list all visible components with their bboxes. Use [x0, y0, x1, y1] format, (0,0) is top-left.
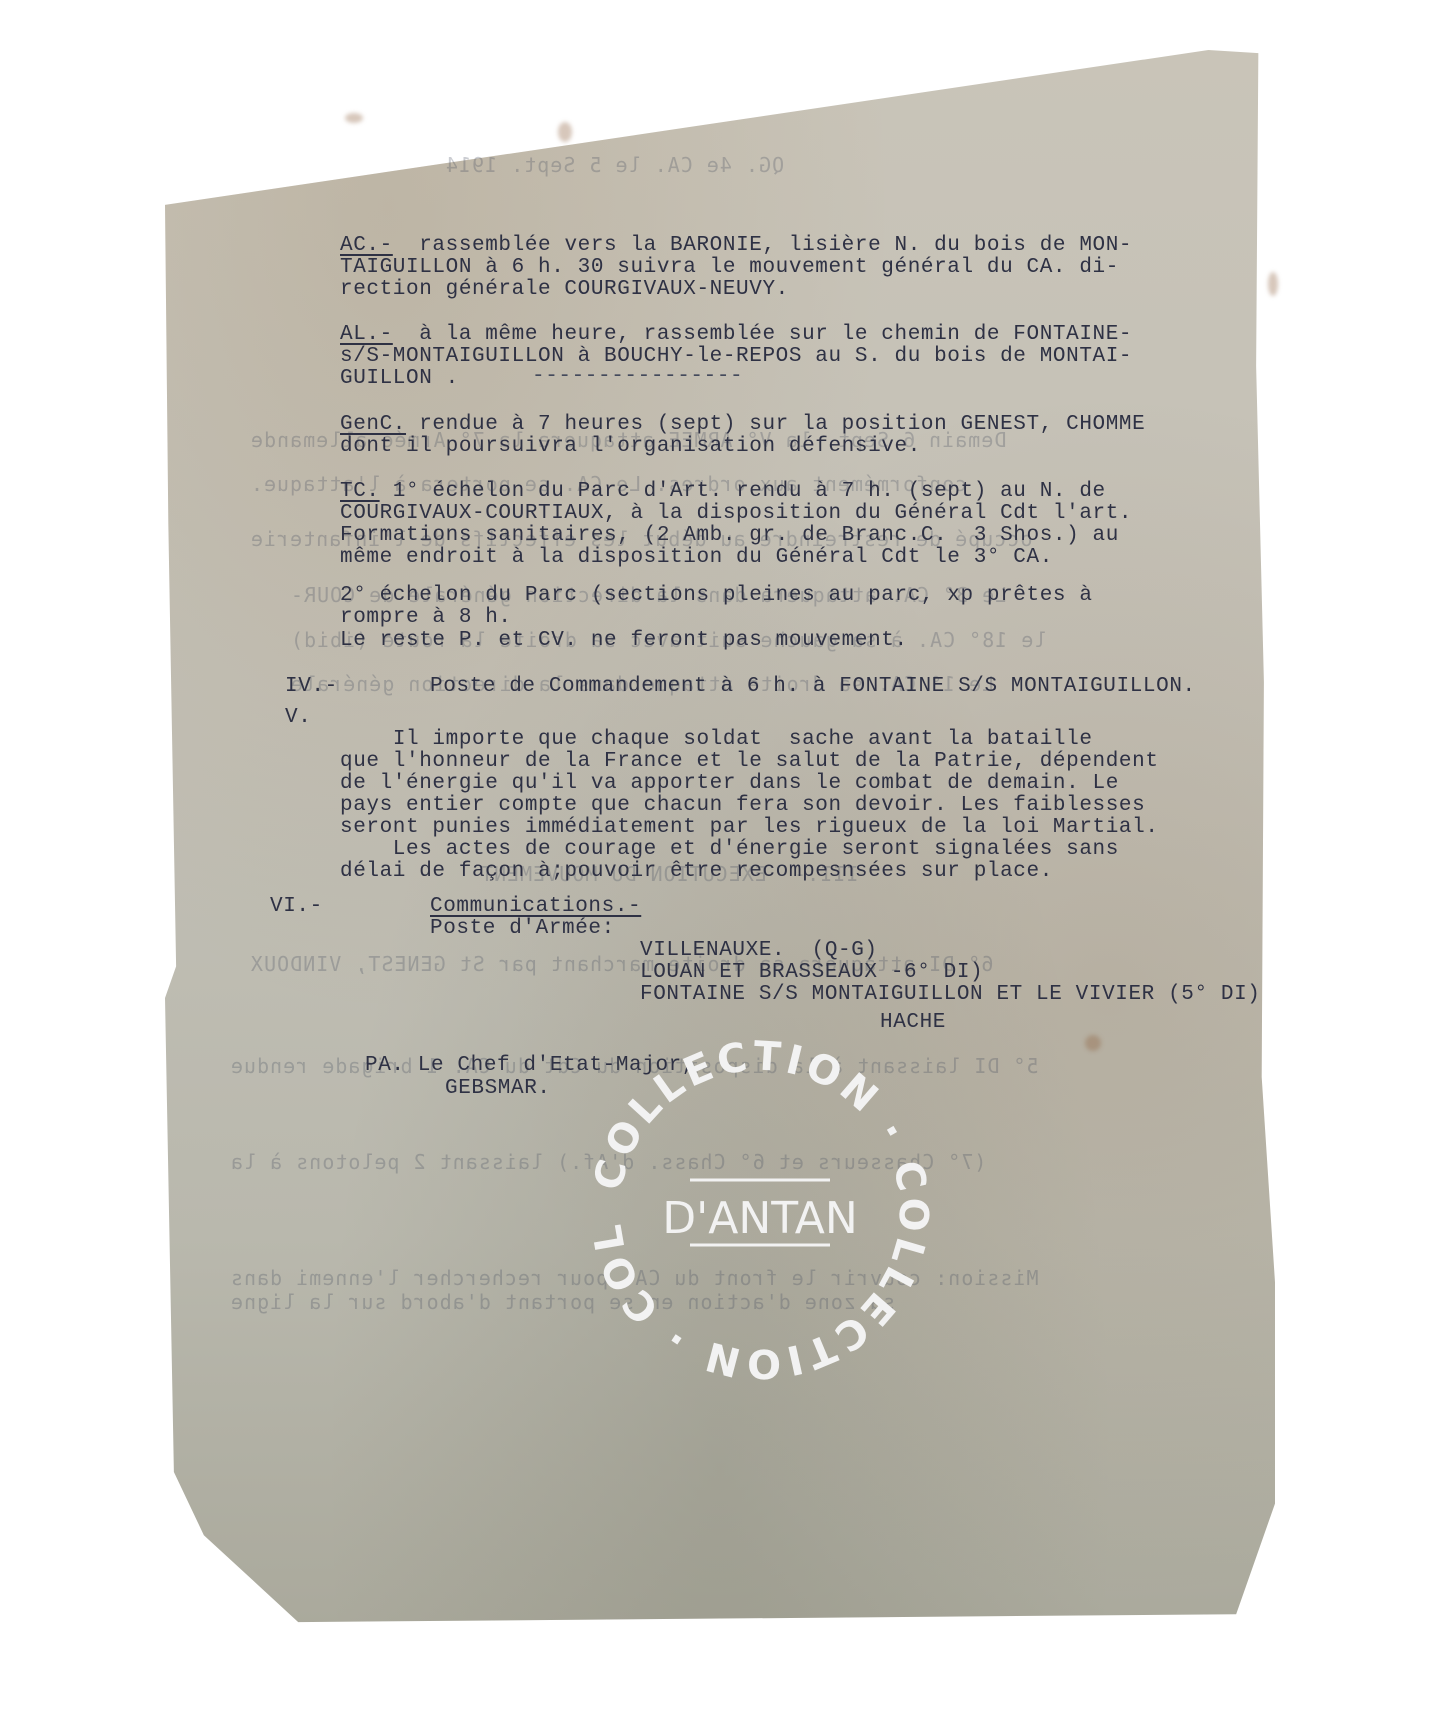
- text-line: que l'honneur de la France et le salut d…: [340, 750, 1159, 773]
- separator-line: ----------------: [532, 366, 743, 388]
- text-line: 2° échelon du Parc (sections pleines au …: [340, 584, 1093, 607]
- section-v-body: Il importe que chaque soldat sache avant…: [340, 707, 1159, 883]
- text-line: dont il poursuivra l'organisation défens…: [340, 435, 921, 458]
- text-line: 1° échelon du Parc d'Art. rendu à 7 h. (…: [380, 480, 1106, 503]
- text-line: délai de façon à;pouvoir être recompesns…: [340, 860, 1053, 883]
- label-genc: GenC.: [340, 413, 406, 436]
- label-al: AL.-: [340, 323, 393, 346]
- section-iv-number: IV.-: [285, 676, 338, 698]
- communications-list: VILLENAUXE. (Q-G) LOUAN ET BRASSEAUX -6°…: [640, 918, 1261, 1006]
- communication-entry: LOUAN ET BRASSEAUX -6° DI): [640, 961, 983, 984]
- signature-name: HACHE: [880, 1012, 946, 1034]
- label-tc: TC.: [340, 480, 380, 503]
- faint-header: QG. 4e CA. le 5 Sept. 1914: [445, 153, 784, 177]
- collection-watermark: COLLECTION · COLLECTION · COLLECTION · D…: [590, 1040, 930, 1380]
- text-line: rassemblée vers la BARONIE, lisière N. d…: [393, 234, 1132, 257]
- text-line: de l'énergie qu'il va apporter dans le c…: [340, 772, 1119, 795]
- paper-stain: [1085, 1035, 1101, 1051]
- communication-entry: VILLENAUXE. (Q-G): [640, 939, 878, 962]
- section-vi-title: Communications.-: [430, 896, 641, 918]
- section-vi-number: VI.-: [270, 896, 323, 918]
- text-line: rompre à 8 h.: [340, 606, 512, 629]
- communication-entry: FONTAINE S/S MONTAIGUILLON ET LE VIVIER …: [640, 983, 1261, 1006]
- text-line: Il importe que chaque soldat sache avant…: [393, 728, 1093, 751]
- paragraph-genc: GenC. rendue à 7 heures (sept) sur la po…: [340, 392, 1145, 458]
- paragraph-parc-2: 2° échelon du Parc (sections pleines au …: [340, 563, 1093, 629]
- paragraph-ac: AC.- rassemblée vers la BARONIE, lisière…: [340, 213, 1132, 301]
- watermark-center-text: D'ANTAN: [662, 1193, 857, 1244]
- paper-stain: [558, 122, 572, 142]
- label-ac: AC.-: [340, 234, 393, 257]
- text-line: GUILLON .: [340, 367, 459, 390]
- text-line: à la même heure, rassemblée sur le chemi…: [393, 323, 1132, 346]
- paragraph-tc: TC. 1° échelon du Parc d'Art. rendu à 7 …: [340, 459, 1132, 569]
- text-line: Les actes de courage et d'énergie seront…: [340, 838, 1119, 861]
- text-line: Formations sanitaires, (2 Amb. gr. de Br…: [340, 524, 1119, 547]
- text-line: TAIGUILLON à 6 h. 30 suivra le mouvement…: [340, 256, 1119, 279]
- text-line: pays entier compte que chacun fera son d…: [340, 794, 1145, 817]
- poste-armee-label: Poste d'Armée:: [430, 918, 615, 940]
- text-line: COURGIVAUX-COURTIAUX, à la disposition d…: [340, 502, 1132, 525]
- text-line: rendue à 7 heures (sept) sur la position…: [406, 413, 1145, 436]
- paper-stain: [345, 113, 363, 123]
- signature-name-2: GEBSMAR.: [445, 1078, 551, 1100]
- text-line: seront punies immédiatement par les rigu…: [340, 816, 1159, 839]
- text-line: rection générale COURGIVAUX-NEUVY.: [340, 278, 789, 301]
- paper-stain: [1268, 272, 1278, 296]
- paragraph-reste: Le reste P. et CV. ne feront pas mouveme…: [340, 630, 908, 652]
- section-iv-text: Poste de Commandement à 6 h. à FONTAINE …: [430, 676, 1196, 698]
- section-v-number: V.: [285, 707, 311, 729]
